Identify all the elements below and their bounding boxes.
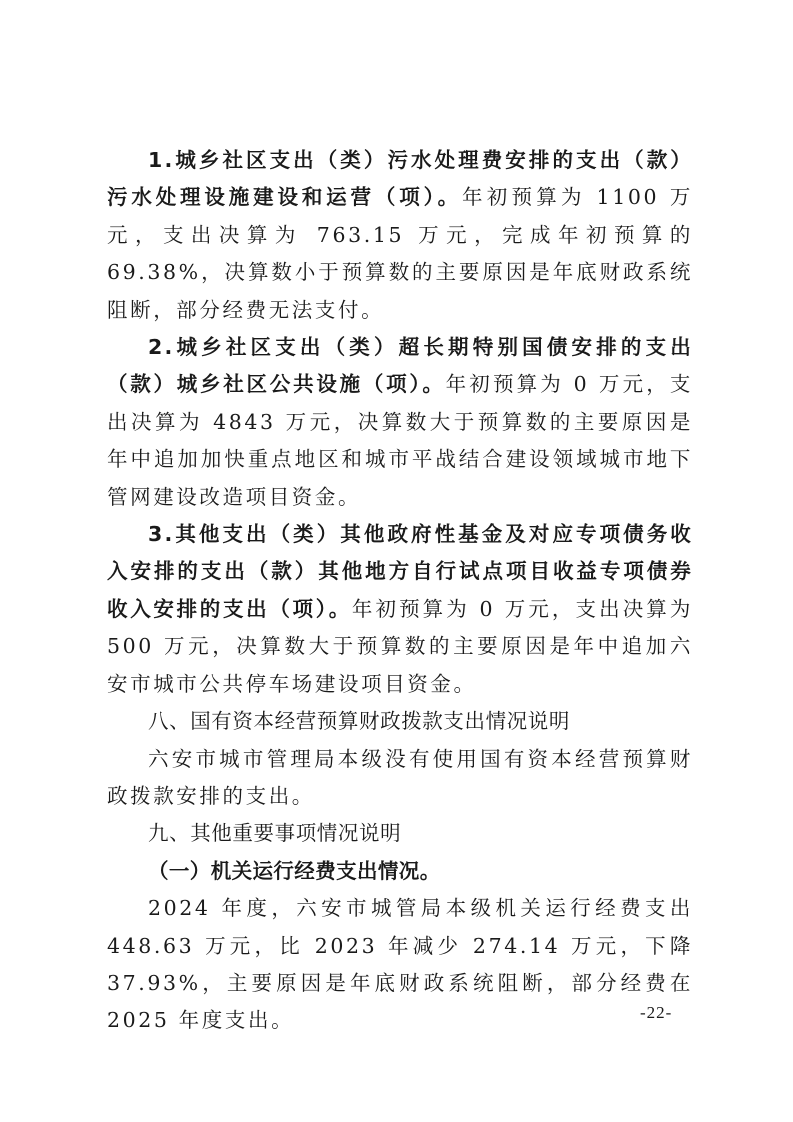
section-9-subheading: （一）机关运行经费支出情况。 — [107, 853, 693, 890]
document-page: 1.城乡社区支出（类）污水处理费安排的支出（款）污水处理设施建设和运营（项）。年… — [107, 142, 693, 1040]
paragraph-item-1: 1.城乡社区支出（类）污水处理费安排的支出（款）污水处理设施建设和运营（项）。年… — [107, 142, 693, 329]
paragraph-item-3: 3.其他支出（类）其他政府性基金及对应专项债务收入安排的支出（款）其他地方自行试… — [107, 516, 693, 703]
paragraph-item-2: 2.城乡社区支出（类）超长期特别国债安排的支出（款）城乡社区公共设施（项）。年初… — [107, 329, 693, 516]
section-9-heading: 九、其他重要事项情况说明 — [107, 815, 693, 852]
section-9-body: 2024 年度，六安市城管局本级机关运行经费支出 448.63 万元，比 202… — [107, 890, 693, 1040]
section-8-heading: 八、国有资本经营预算财政拨款支出情况说明 — [107, 703, 693, 740]
page-number: -22- — [640, 1003, 672, 1023]
section-8-body: 六安市城市管理局本级没有使用国有资本经营预算财政拨款安排的支出。 — [107, 741, 693, 816]
